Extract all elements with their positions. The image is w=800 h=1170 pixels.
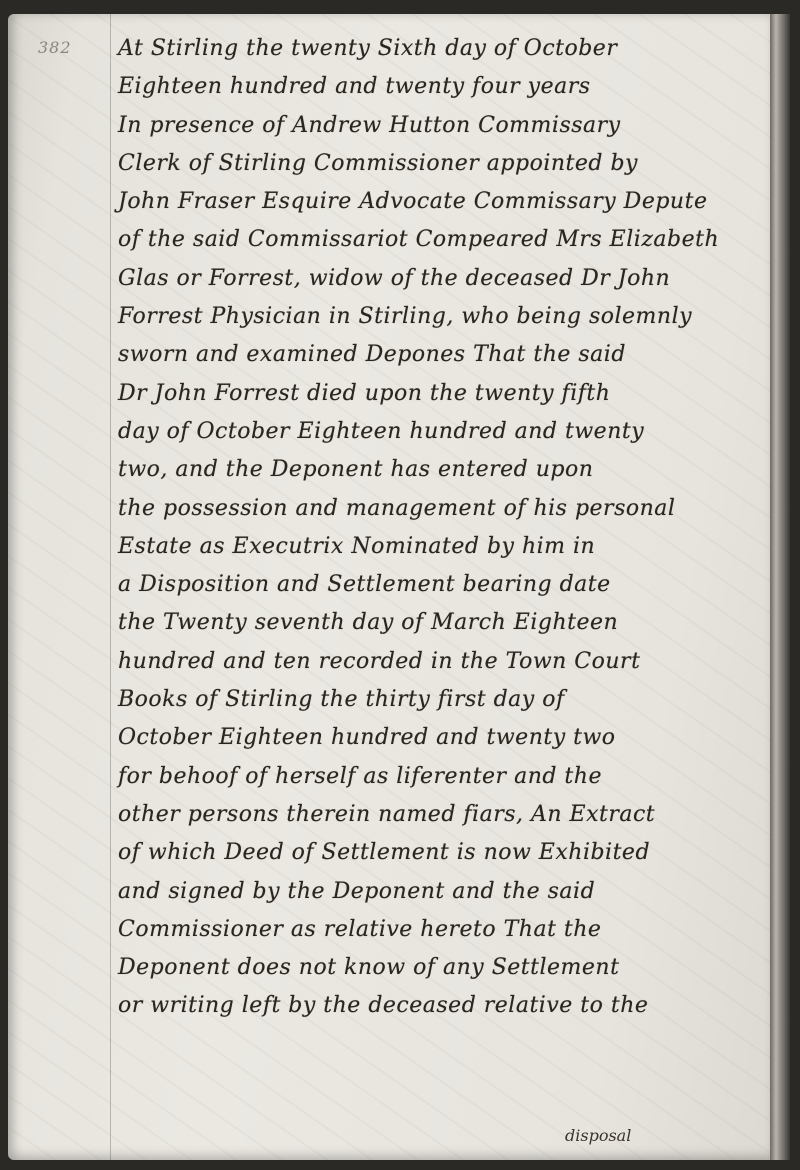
interlinear-note: disposal [565,1126,631,1145]
text-line: the possession and management of his per… [118,490,768,528]
text-line: or writing left by the deceased relative… [118,987,768,1025]
text-line: sworn and examined Depones That the said [118,336,768,374]
text-line: the Twenty seventh day of March Eighteen [118,604,768,642]
text-line: Dr John Forrest died upon the twenty fif… [118,375,768,413]
text-line: John Fraser Esquire Advocate Commissary … [118,183,768,221]
text-line: Clerk of Stirling Commissioner appointed… [118,145,768,183]
text-line: two, and the Deponent has entered upon [118,451,768,489]
text-line: of the said Commissariot Compeared Mrs E… [118,221,768,259]
text-line: other persons therein named fiars, An Ex… [118,796,768,834]
handwritten-text: At Stirling the twenty Sixth day of Octo… [118,30,768,1026]
text-line: for behoof of herself as liferenter and … [118,758,768,796]
text-line: Eighteen hundred and twenty four years [118,68,768,106]
text-line: Deponent does not know of any Settlement [118,949,768,987]
text-line: Commissioner as relative hereto That the [118,911,768,949]
text-line: hundred and ten recorded in the Town Cou… [118,643,768,681]
folio-number: 382 [38,38,72,57]
text-line: a Disposition and Settlement bearing dat… [118,566,768,604]
text-line: Estate as Executrix Nominated by him in [118,528,768,566]
page-edge [770,14,790,1160]
text-line: and signed by the Deponent and the said [118,873,768,911]
text-line: day of October Eighteen hundred and twen… [118,413,768,451]
text-line: In presence of Andrew Hutton Commissary [118,107,768,145]
text-line: Forrest Physician in Stirling, who being… [118,298,768,336]
text-line: Glas or Forrest, widow of the deceased D… [118,260,768,298]
text-line: of which Deed of Settlement is now Exhib… [118,834,768,872]
text-line: October Eighteen hundred and twenty two [118,719,768,757]
margin-rule [110,14,111,1160]
text-line: At Stirling the twenty Sixth day of Octo… [118,30,768,68]
text-line: Books of Stirling the thirty first day o… [118,681,768,719]
